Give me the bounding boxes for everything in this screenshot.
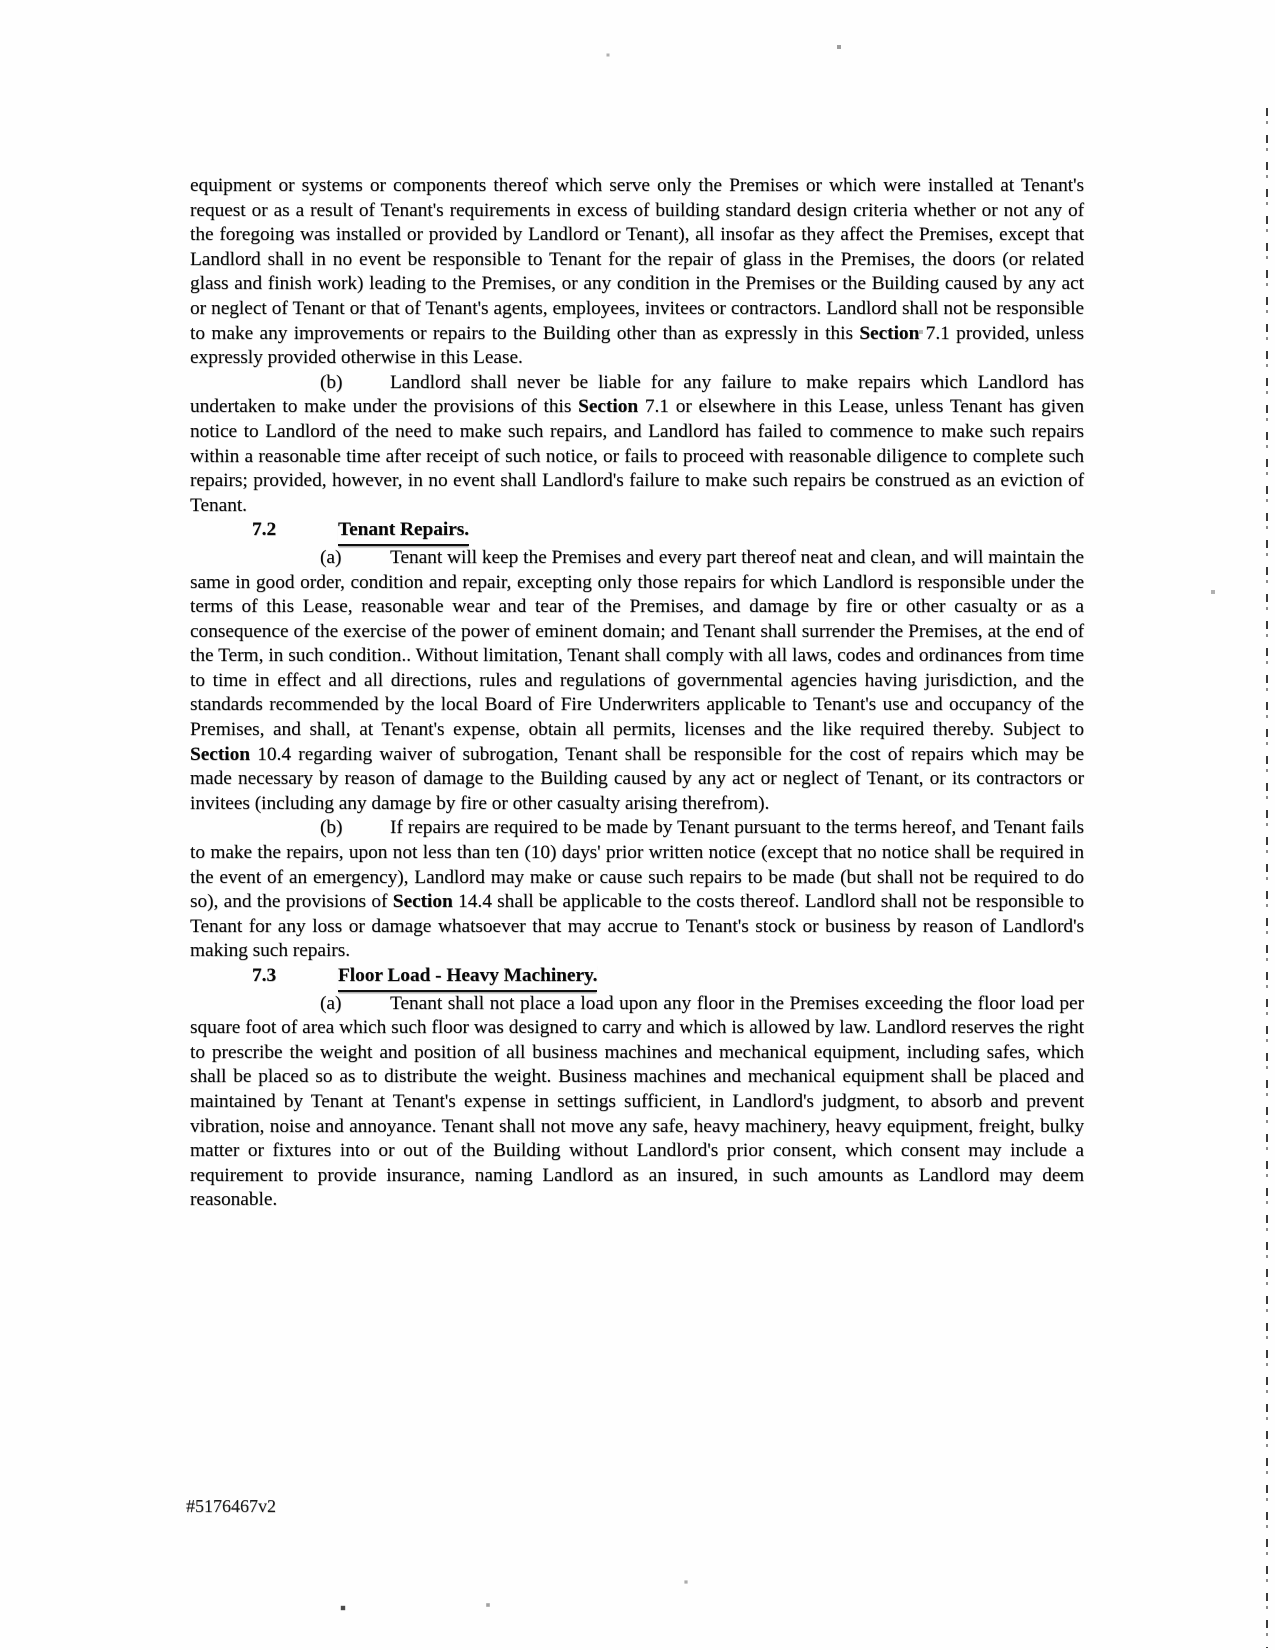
section-7-3-heading: 7.3Floor Load - Heavy Machinery. [190, 964, 1084, 992]
section-ref-bold: Section [859, 323, 919, 344]
paragraph-letter: (a) [320, 546, 390, 571]
section-ref-bold: Section [393, 891, 453, 912]
paragraph-7-3-a: (a)Tenant shall not place a load upon an… [190, 992, 1084, 1213]
paragraph-7-2-b: (b)If repairs are required to be made by… [190, 816, 1084, 964]
document-ref-number: #5176467v2 [186, 1496, 276, 1517]
scan-artifact-specks [0, 0, 2, 2]
paragraph-7-1-b: (b)Landlord shall never be liable for an… [190, 371, 1084, 519]
scan-artifact-vertical-line [1266, 108, 1268, 1648]
paragraph-text: Tenant shall not place a load upon any f… [190, 993, 1084, 1211]
section-7-2-heading: 7.2Tenant Repairs. [190, 518, 1084, 546]
paragraph-letter: (b) [320, 371, 390, 396]
paragraph-letter: (b) [320, 816, 390, 841]
section-7-3-number: 7.3 [252, 964, 338, 989]
section-ref-bold: Section [578, 396, 638, 417]
paragraph-7-1-continuation: equipment or systems or components there… [190, 174, 1084, 371]
section-7-2-title: Tenant Repairs. [338, 518, 469, 546]
paragraph-7-2-a: (a)Tenant will keep the Premises and eve… [190, 546, 1084, 817]
paragraph-text: equipment or systems or components there… [190, 175, 1084, 344]
lease-text-block: equipment or systems or components there… [190, 174, 1084, 1213]
section-ref-bold: Section [190, 744, 250, 765]
paragraph-letter: (a) [320, 992, 390, 1017]
lease-document-page: equipment or systems or components there… [0, 0, 1275, 1650]
paragraph-text: Tenant will keep the Premises and every … [190, 547, 1084, 740]
section-7-2-number: 7.2 [252, 518, 338, 543]
paragraph-text: 10.4 regarding waiver of subrogation, Te… [190, 744, 1084, 814]
section-7-3-title: Floor Load - Heavy Machinery. [338, 964, 597, 992]
